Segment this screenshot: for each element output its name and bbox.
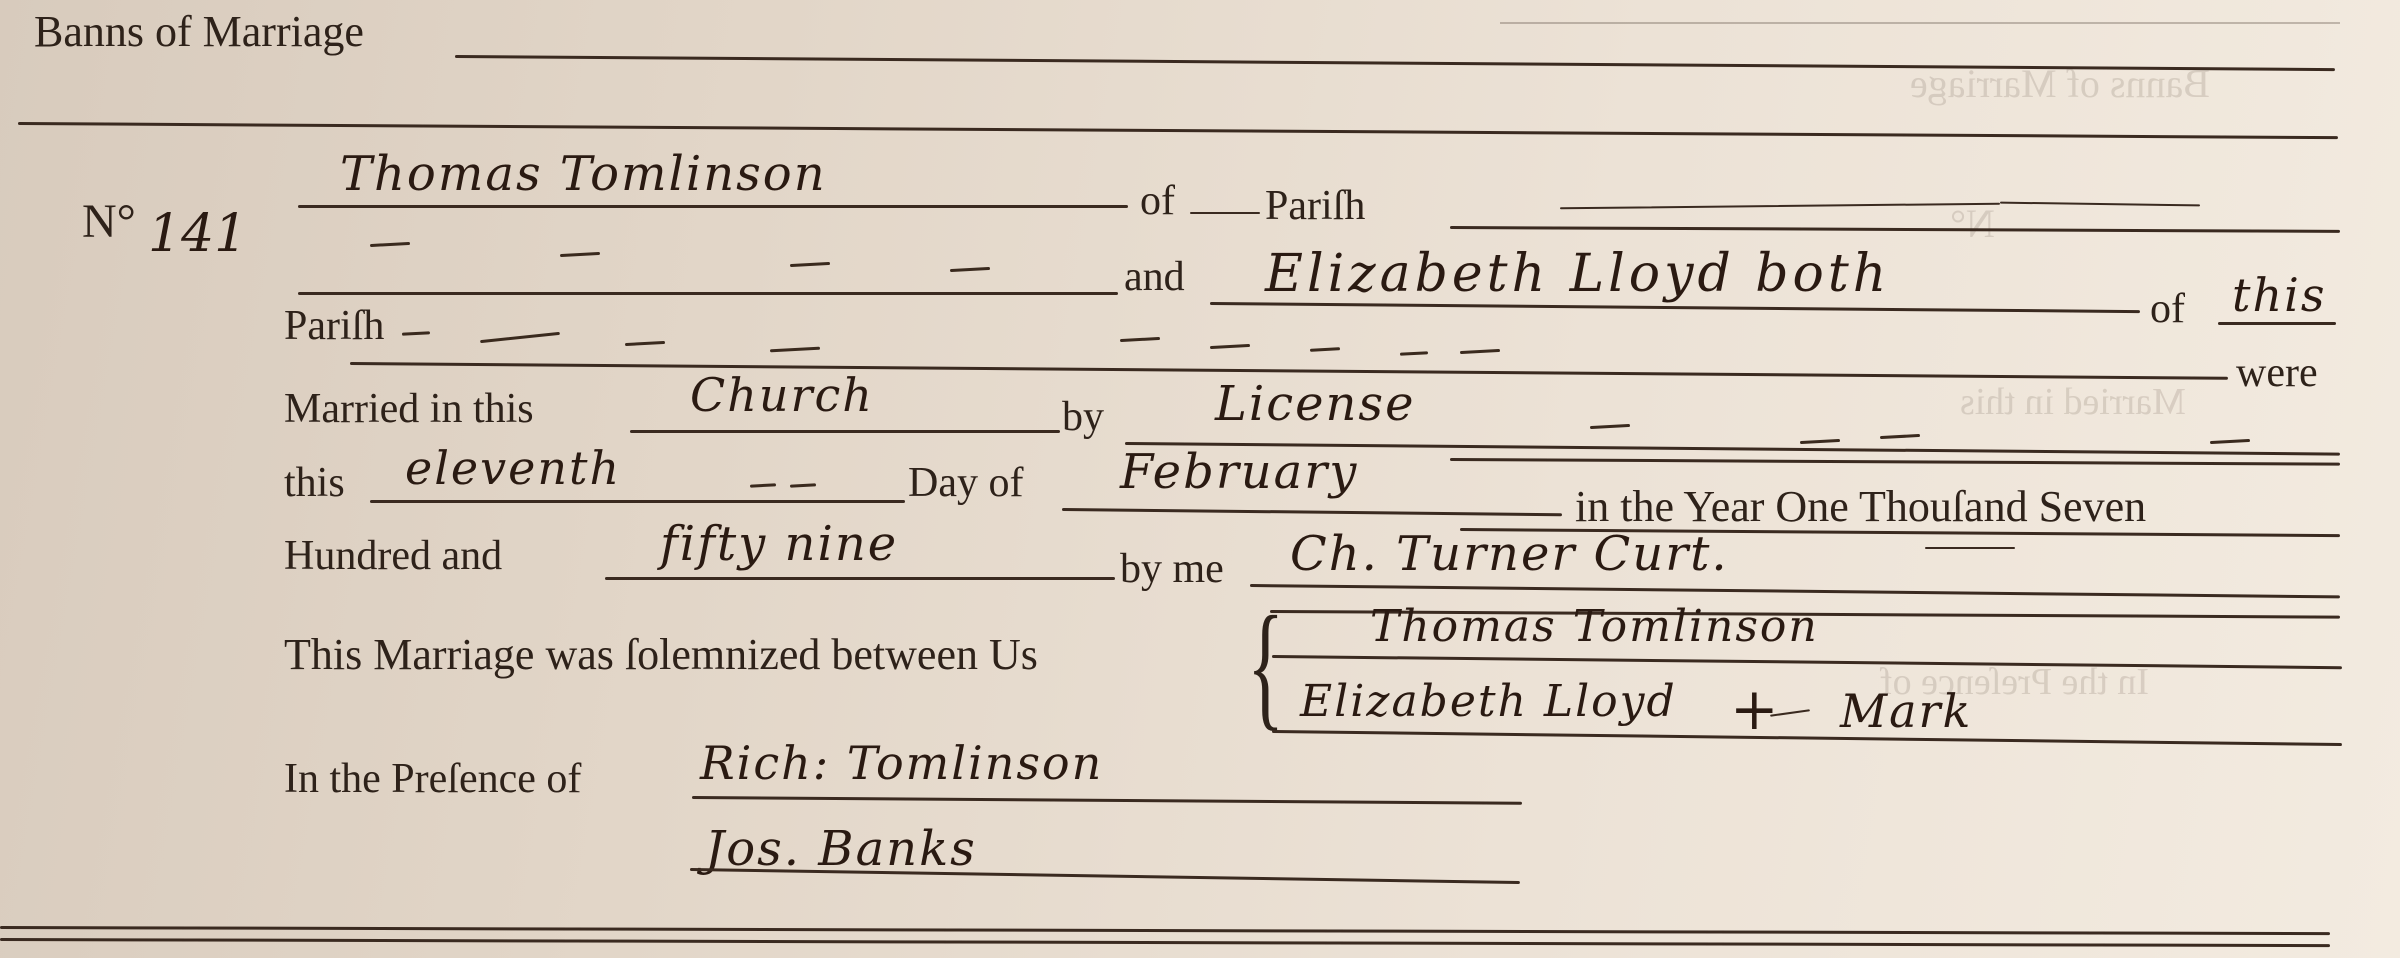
signatures-brace: { — [1247, 596, 1284, 736]
blank-dash — [790, 483, 816, 487]
blank-dash — [750, 483, 776, 487]
entry-number-label: N° — [82, 198, 136, 246]
presence-label: In the Preſence of — [284, 758, 581, 800]
by-label: by — [1062, 396, 1104, 438]
date-upper-rule — [1450, 458, 2340, 466]
blank-dash — [625, 341, 665, 346]
blank-dash — [1800, 439, 1840, 444]
bride-mark-cross: + — [1730, 680, 1779, 738]
groom-signature-rule — [1272, 655, 2342, 669]
officiant-name: Ch. Turner Curt. — [1290, 530, 1729, 578]
married-place: Church — [690, 372, 874, 418]
groom-name: Thomas Tomlinson — [340, 150, 827, 198]
banns-header: Banns of Marriage — [34, 10, 364, 54]
groom-parish-label: Pariſh — [1265, 185, 1365, 227]
bride-of-value: this — [2232, 272, 2326, 318]
groom-parish-rule — [1450, 226, 2340, 233]
entry-number: 141 — [148, 208, 247, 260]
officiant-flourish — [1925, 547, 2015, 549]
by-me-label: by me — [1120, 548, 1224, 590]
day-rule — [370, 500, 905, 503]
blank-dash — [770, 347, 820, 353]
blank-dash — [1590, 424, 1630, 429]
month-rule — [1062, 508, 1562, 516]
bride-of-label: of — [2150, 288, 2185, 330]
solemnized-label: This Marriage was ſolemnized between Us — [284, 633, 1038, 677]
groom-signature: Thomas Tomlinson — [1370, 605, 1819, 649]
marriage-day: eleventh — [405, 445, 621, 491]
blank-dash — [370, 242, 410, 247]
bride-of-rule — [2218, 322, 2336, 325]
date-this-label: this — [284, 462, 345, 504]
handwritten-stroke — [2000, 202, 2200, 207]
bride-parish-label: Pariſh — [284, 305, 384, 347]
witness-1-signature: Rich: Tomlinson — [700, 740, 1103, 786]
blank-dash — [1210, 344, 1250, 349]
hundred-and-label: Hundred and — [284, 535, 502, 577]
marriage-register-page: Banns of Marriage N° Married in this In … — [0, 0, 2400, 958]
and-label: and — [1124, 256, 1185, 298]
day-of-label: Day of — [908, 462, 1023, 504]
of-rule — [1190, 212, 1260, 214]
married-place-rule — [630, 430, 1060, 433]
blank-dash — [2210, 439, 2250, 444]
footer-rule-2 — [0, 938, 2330, 947]
year-prefix-label: in the Year One Thouſand Seven — [1575, 485, 2146, 529]
bride-signature: Elizabeth Lloyd — [1300, 680, 1677, 724]
year-rule — [605, 577, 1115, 580]
bleed-through-text: Married in this — [1960, 380, 2186, 424]
witness-2-signature: Jos. Banks — [705, 825, 977, 873]
bride-name: Elizabeth Lloyd both — [1265, 248, 1890, 300]
blank-dash — [560, 252, 600, 257]
handwritten-stroke — [1560, 203, 2000, 210]
groom-rule — [298, 205, 1128, 208]
blank-dash — [1460, 349, 1500, 354]
groom-of-label: of — [1140, 180, 1175, 222]
blank-dash — [1310, 347, 1340, 352]
blank-dash — [1400, 351, 1428, 355]
bleed-through-text: N° — [1950, 200, 1995, 247]
blank-dash — [950, 267, 990, 272]
married-in-label: Married in this — [284, 388, 534, 430]
mark-label: Mark — [1840, 688, 1972, 734]
marriage-authority: License — [1215, 380, 1415, 428]
blank-dash — [1880, 434, 1920, 439]
footer-rule-1 — [0, 926, 2330, 935]
blank-dash — [402, 331, 430, 335]
witness-1-rule — [692, 796, 1522, 805]
blank-dash — [790, 262, 830, 267]
blank-dash — [480, 332, 560, 343]
banns-rule-2 — [18, 122, 2338, 139]
officiant-rule — [1250, 584, 2340, 598]
faint-rule — [1500, 22, 2340, 24]
year-value: fifty nine — [660, 520, 898, 568]
bride-signature-rule — [1272, 730, 2342, 746]
marriage-month: February — [1120, 448, 1358, 496]
were-label: were — [2236, 352, 2318, 394]
blank-dash — [1120, 337, 1160, 342]
bride-prefix-rule — [298, 292, 1118, 295]
